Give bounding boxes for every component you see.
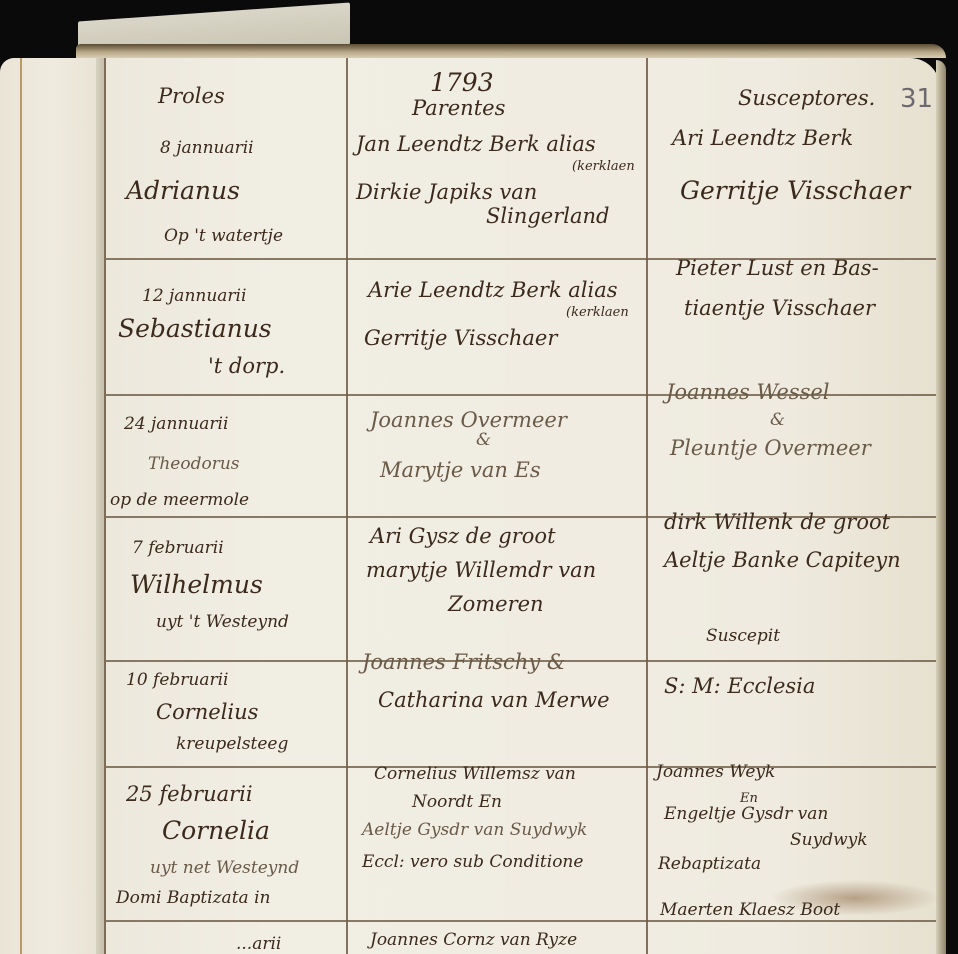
left-page [0,58,104,954]
entry-place: 't dorp. [208,356,285,377]
entry-godparent-line: Joannes Weyk [656,764,775,781]
entry-date: ...arii [236,936,281,953]
entry-parent-line: marytje Willemdr van [366,560,596,581]
entry-godparent-line: tiaentje Visschaer [684,298,875,319]
entry-place: uyt net Westeynd [150,860,299,877]
column-rule-parentes-susceptores [646,58,648,954]
entry-godparent-line: & [770,412,785,429]
entry-parent-line: & [476,432,491,449]
entry-parent-line: Aeltje Gysdr van Suydwyk [362,822,587,839]
entry-godparent-line: Gerritje Visschaer [680,178,910,203]
entry-child-name: Theodorus [148,456,240,473]
entry-child-name: Sebastianus [118,316,272,341]
entry-parent-line: Jan Leendtz Berk alias [356,134,596,155]
entry-place: uyt 't Westeynd [156,614,289,631]
entry-godparent-line: Rebaptizata [658,856,761,873]
entry-parent-line: (kerklaen [566,306,629,319]
entry-parent-line: Noordt En [412,794,502,811]
entry-godparent-line: Suscepit [706,628,780,645]
entry-date: 10 februarii [126,672,228,689]
entry-godparent-line: Aeltje Banke Capiteyn [664,550,901,571]
register-year: 1793 [430,70,494,95]
entry-godparent-line: Joannes Wessel [666,382,830,403]
entry-date: 8 jannuarii [160,140,254,157]
entry-parent-line: Joannes Cornz van Ryze [370,932,577,949]
entry-child-name: Wilhelmus [130,572,263,597]
entry-date: 12 jannuarii [142,288,246,305]
page-edge-shadow [936,60,946,954]
entry-date: 25 februarii [126,784,253,805]
entry-parent-line: Catharina van Merwe [378,690,610,711]
entry-parent-line: Ari Gysz de groot [370,526,556,547]
entry-child-name: Cornelia [162,818,270,843]
entry-place: kreupelsteeg [176,736,288,753]
entry-godparent-line: Engeltje Gysdr van [664,806,828,823]
row-rule [106,920,936,922]
entry-parent-line: Joannes Overmeer [370,410,567,431]
entry-godparent-line: Pleuntje Overmeer [670,438,871,459]
entry-parent-line: Arie Leendtz Berk alias [368,280,618,301]
entry-parent-line: (kerklaen [572,160,635,173]
book-page-edges [76,44,946,58]
entry-godparent-line: S: M: Ecclesia [664,676,815,697]
entry-parent-line: Dirkie Japiks van [356,182,537,203]
entry-note: Domi Baptizata in [116,890,270,907]
column-rule-proles-parentes [346,58,348,954]
entry-date: 24 jannuarii [124,416,228,433]
header-parentes: Parentes [412,98,505,119]
entry-godparent-line: dirk Willenk de groot [664,512,890,533]
entry-godparent-line: Ari Leendtz Berk [672,128,853,149]
entry-parent-line: Slingerland [486,206,609,227]
entry-parent-line: Zomeren [448,594,544,615]
entry-place: op de meermole [110,492,249,509]
entry-date: 7 februarii [132,540,224,557]
page-number: 31 [900,84,933,114]
entry-parent-line: Eccl: vero sub Conditione [362,854,583,871]
entry-godparent-line: Pieter Lust en Bas- [676,258,879,279]
entry-parent-line: Cornelius Willemsz van [374,766,576,783]
entry-parent-line: Gerritje Visschaer [364,328,557,349]
entry-place: Op 't watertje [164,228,283,245]
header-susceptores: Susceptores. [738,88,875,109]
entry-godparent-line: Maerten Klaesz Boot [660,902,840,919]
entry-child-name: Cornelius [156,702,258,723]
entry-parent-line: Marytje van Es [380,460,541,481]
page-crease [20,58,22,954]
entry-child-name: Adrianus [126,178,240,203]
column-rule-left [104,58,106,954]
entry-parent-line: Joannes Fritschy & [362,652,566,673]
header-proles: Proles [158,86,225,107]
entry-godparent-line: Suydwyk [790,832,868,849]
